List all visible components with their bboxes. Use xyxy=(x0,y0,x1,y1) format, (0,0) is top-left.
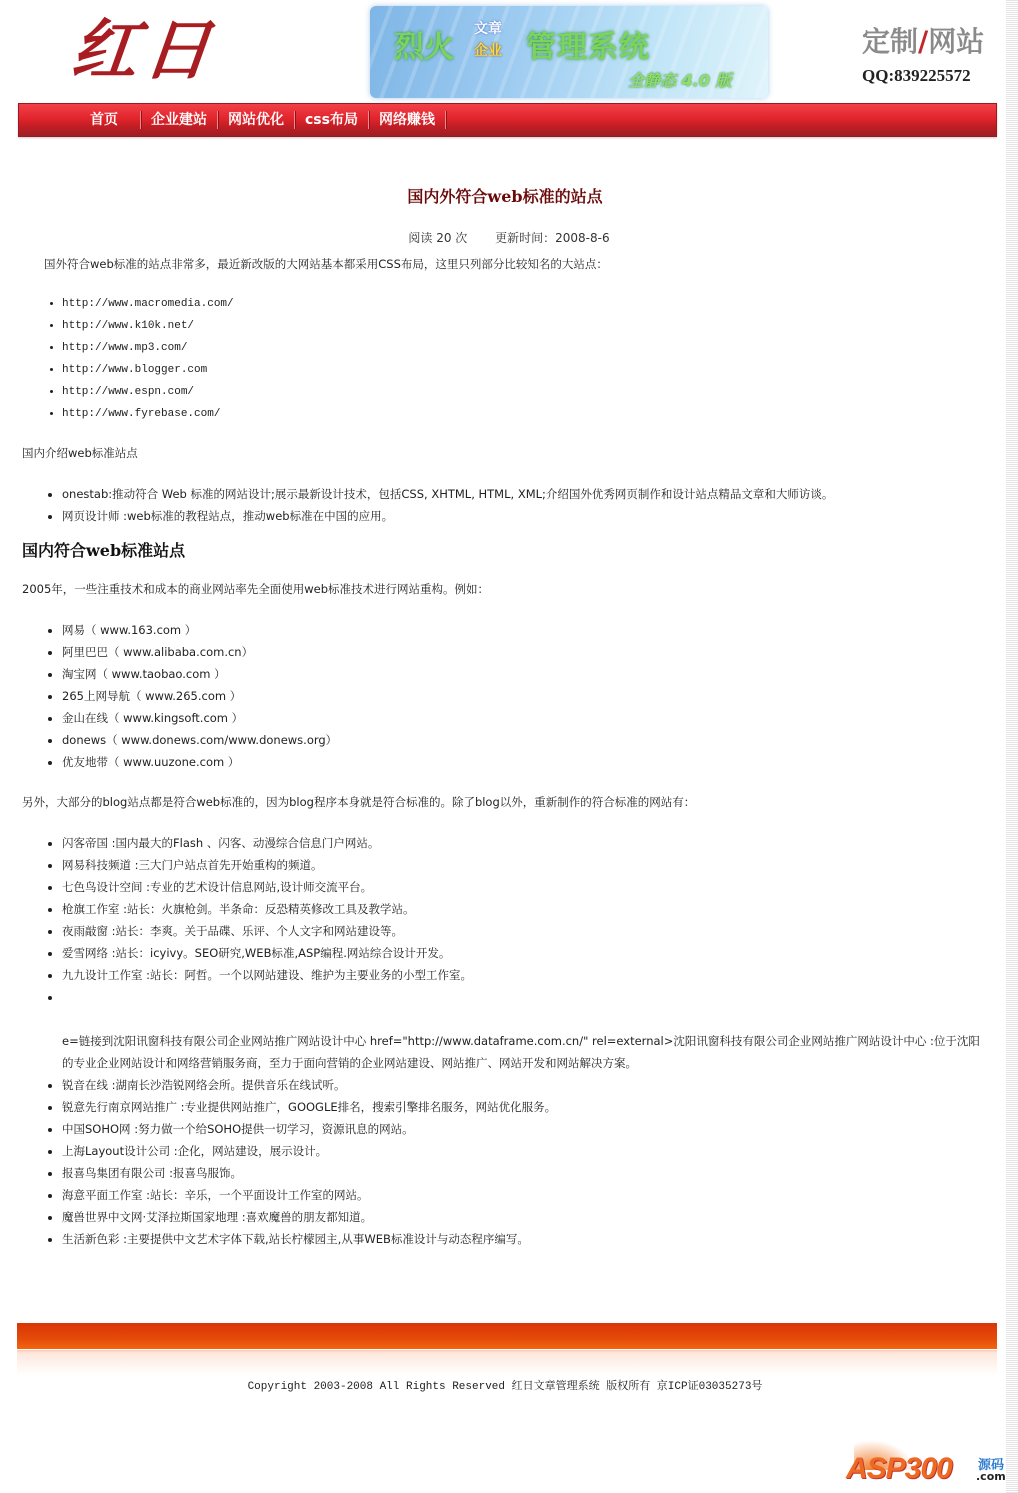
list-item[interactable]: 锐意先行南京网站推广 :专业提供网站推广，GOOGLE排名，搜索引擎排名服务，网… xyxy=(62,1096,987,1118)
page: 红日 烈火 文章 企业 管理系统 全静态 4.0 版 定制/网站 QQ:8392… xyxy=(0,0,1005,1493)
list-item[interactable]: http://www.espn.com/ xyxy=(62,381,987,403)
watermark-text: ASP300 xyxy=(846,1452,952,1486)
custom-site-part1: 定制 xyxy=(862,25,918,58)
footer-bar xyxy=(17,1323,997,1349)
nav-item-seo[interactable]: 网站优化 xyxy=(218,111,295,129)
domestic-sites-list: 网易（ www.163.com ） 阿里巴巴（ www.alibaba.com.… xyxy=(22,619,987,773)
domestic-intro: 2005年，一些注重技术和成本的商业网站率先全面使用web标准技术进行网站重构。… xyxy=(22,579,987,599)
qq-contact: QQ:839225572 xyxy=(862,66,971,86)
banner-stack-top: 文章 xyxy=(474,18,502,38)
copyright-text: Copyright 2003-2008 All Rights Reserved … xyxy=(0,1377,1010,1393)
list-item[interactable]: 金山在线（ www.kingsoft.com ） xyxy=(62,707,987,729)
list-item-empty xyxy=(62,986,987,1008)
list-item[interactable]: 265上网导航（ www.265.com ） xyxy=(62,685,987,707)
footer-fade xyxy=(17,1349,997,1376)
intro-sites-list: onestab:推动符合 Web 标准的网站设计;展示最新设计技术，包括CSS,… xyxy=(22,483,987,527)
header-banner: 烈火 文章 企业 管理系统 全静态 4.0 版 xyxy=(370,6,768,98)
nav-item-make-money[interactable]: 网络赚钱 xyxy=(369,111,446,129)
nav-item-css-layout[interactable]: css布局 xyxy=(295,111,369,129)
article-body: 国外符合web标准的站点非常多，最近新改版的大网站基本都采用CSS布局，这里只列… xyxy=(22,254,987,1250)
list-item[interactable]: http://www.fyrebase.com/ xyxy=(62,403,987,425)
list-item[interactable]: 网易（ www.163.com ） xyxy=(62,619,987,641)
list-item[interactable]: 七色鸟设计空间 :专业的艺术设计信息网站,设计师交流平台。 xyxy=(62,876,987,898)
site-logo[interactable]: 红日 xyxy=(68,8,227,93)
list-item[interactable]: 夜雨敲窗 :站长：李爽。关于品碟、乐评、个人文字和网站建设等。 xyxy=(62,920,987,942)
intro-sites-label: 国内介绍web标准站点 xyxy=(22,443,987,463)
list-item[interactable]: http://www.macromedia.com/ xyxy=(62,293,987,315)
banner-right-text: 管理系统 xyxy=(526,22,650,66)
main-nav: 首页 企业建站 网站优化 css布局 网络赚钱 xyxy=(18,103,997,137)
list-item[interactable]: 淘宝网（ www.taobao.com ） xyxy=(62,663,987,685)
list-item[interactable]: donews（ www.donews.com/www.donews.org） xyxy=(62,729,987,751)
article-meta: 阅读 20 次 更新时间：2008-8-6 xyxy=(0,229,1018,246)
list-item[interactable]: 闪客帝国 :国内最大的Flash 、闪客、动漫综合信息门户网站。 xyxy=(62,832,987,854)
list-item-broken-link[interactable]: e=链接到沈阳讯窗科技有限公司企业网站推广网站设计中心 href="http:/… xyxy=(62,1030,987,1074)
list-item[interactable]: 海意平面工作室 :站长：辛乐，一个平面设计工作室的网站。 xyxy=(62,1184,987,1206)
domestic-heading: 国内符合web标准站点 xyxy=(22,541,987,561)
blog-intro: 另外，大部分的blog站点都是符合web标准的，因为blog程序本身就是符合标准… xyxy=(22,792,987,812)
asp300-watermark: ASP300 源码 .com xyxy=(846,1440,1011,1490)
list-item[interactable]: http://www.mp3.com/ xyxy=(62,337,987,359)
list-item[interactable]: 网易科技频道 :三大门户站点首先开始重构的频道。 xyxy=(62,854,987,876)
nav-item-home[interactable]: 首页 xyxy=(79,111,141,129)
list-item[interactable]: 中国SOHO网 :努力做一个给SOHO提供一切学习，资源讯息的网站。 xyxy=(62,1118,987,1140)
list-item[interactable]: http://www.k10k.net/ xyxy=(62,315,987,337)
custom-site-slash: / xyxy=(918,25,928,58)
foreign-sites-list: http://www.macromedia.com/ http://www.k1… xyxy=(22,293,987,425)
banner-version: 全静态 4.0 版 xyxy=(628,68,732,91)
list-item[interactable]: 上海Layout设计公司 :企化，网站建设，展示设计。 xyxy=(62,1140,987,1162)
other-sites-list: 闪客帝国 :国内最大的Flash 、闪客、动漫综合信息门户网站。 网易科技频道 … xyxy=(22,832,987,1250)
custom-site-part2: 网站 xyxy=(928,25,984,58)
window-edge-scrollbar[interactable] xyxy=(1006,0,1018,1493)
read-count: 阅读 20 次 xyxy=(408,231,467,245)
list-item[interactable]: 阿里巴巴（ www.alibaba.com.cn） xyxy=(62,641,987,663)
list-item[interactable]: 网页设计师 :web标准的教程站点，推动web标准在中国的应用。 xyxy=(62,505,987,527)
banner-left-text: 烈火 xyxy=(394,22,454,66)
list-item[interactable]: onestab:推动符合 Web 标准的网站设计;展示最新设计技术，包括CSS,… xyxy=(62,483,987,505)
nav-item-enterprise-site[interactable]: 企业建站 xyxy=(141,111,218,129)
intro-paragraph: 国外符合web标准的站点非常多，最近新改版的大网站基本都采用CSS布局，这里只列… xyxy=(22,254,987,274)
list-item[interactable]: 优友地带（ www.uuzone.com ） xyxy=(62,751,987,773)
update-time: 更新时间：2008-8-6 xyxy=(495,231,609,245)
list-item[interactable]: 枪旗工作室 :站长：火旗枪剑。半条命：反恐精英修改工具及教学站。 xyxy=(62,898,987,920)
list-item[interactable]: 魔兽世界中文网·艾泽拉斯国家地理 :喜欢魔兽的朋友都知道。 xyxy=(62,1206,987,1228)
article-title: 国内外符合web标准的站点 xyxy=(0,184,1010,207)
list-item[interactable]: http://www.blogger.com xyxy=(62,359,987,381)
banner-stack-bottom: 企业 xyxy=(474,40,502,60)
list-item[interactable]: 报喜鸟集团有限公司 :报喜鸟服饰。 xyxy=(62,1162,987,1184)
watermark-com: .com xyxy=(976,1470,1006,1483)
list-item[interactable]: 爱雪网络 :站长：icyivy。SEO研究,WEB标准,ASP编程.网站综合设计… xyxy=(62,942,987,964)
list-item[interactable]: 生活新色彩 :主要提供中文艺术字体下载,站长柠檬园主,从事WEB标准设计与动态程… xyxy=(62,1228,987,1250)
list-item[interactable]: 九九设计工作室 :站长：阿哲。一个以网站建设、维护为主要业务的小型工作室。 xyxy=(62,964,987,986)
custom-site-label: 定制/网站 xyxy=(862,20,984,60)
list-item[interactable]: 锐音在线 :湖南长沙浩锐网络会所。提供音乐在线试听。 xyxy=(62,1074,987,1096)
